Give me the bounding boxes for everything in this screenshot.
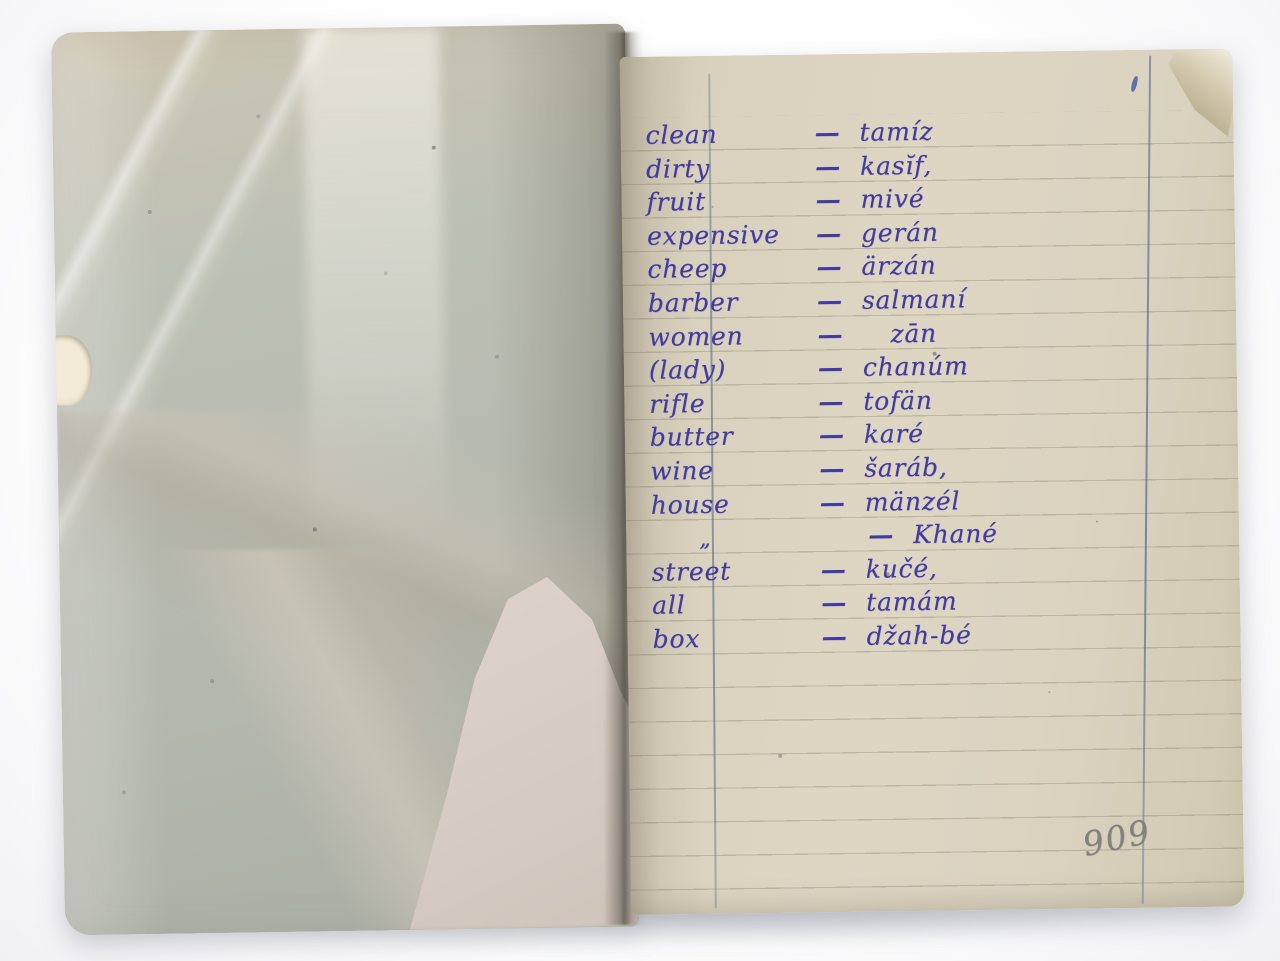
ditto-mark: „ [651, 521, 849, 557]
dash-separator: — [800, 418, 864, 452]
vocab-list: clean — tamíz dirty — kasĭf, fruit — miv… [645, 111, 1192, 656]
translation-word: ärzán [861, 246, 1187, 284]
english-word: all [652, 587, 802, 623]
dash-separator: — [799, 384, 863, 418]
english-word: clean [645, 117, 795, 153]
paper-specks [51, 33, 53, 35]
paper-specks [619, 57, 621, 59]
english-word: wine [650, 453, 800, 489]
dash-separator: — [801, 552, 865, 586]
dash-separator: — [797, 217, 861, 251]
translation-word: tamíz [859, 111, 1185, 149]
english-word: cheep [647, 251, 797, 287]
english-word: box [652, 621, 802, 657]
dash-separator: — [796, 149, 860, 183]
english-word: rifle [649, 385, 799, 421]
translation-word: tamám [866, 581, 1192, 619]
english-word: street [651, 553, 801, 589]
translation-word: kasĭf, [860, 145, 1186, 183]
translation-word: tofän [863, 380, 1189, 418]
dash-separator: — [802, 620, 866, 654]
left-page [51, 24, 639, 936]
notebook-photo: clean — tamíz dirty — kasĭf, fruit — miv… [0, 0, 1280, 961]
english-word: dirty [646, 150, 796, 186]
translation-word: kučé, [865, 548, 1191, 586]
translation-word: zān [862, 313, 1188, 351]
english-word: women [648, 318, 798, 354]
translation-word: gerán [861, 212, 1187, 250]
ink-blot [1130, 76, 1139, 93]
english-word: fruit [646, 184, 796, 220]
right-page: clean — tamíz dirty — kasĭf, fruit — miv… [619, 49, 1244, 915]
english-word: expensive [647, 217, 797, 253]
translation-word: karé [864, 414, 1190, 452]
dash-separator: — [798, 284, 862, 318]
dash-separator: — [849, 518, 913, 552]
dash-separator: — [799, 351, 863, 385]
english-word: (lady) [649, 352, 799, 388]
translation-word: salmaní [862, 279, 1188, 317]
dash-separator: — [798, 317, 862, 351]
translation-word: Khané [913, 514, 1191, 551]
translation-word: šaráb, [864, 447, 1190, 485]
dash-separator: — [800, 452, 864, 486]
translation-word: džah-bé [866, 615, 1192, 653]
translation-word: mivé [860, 178, 1186, 216]
dash-separator: — [802, 586, 866, 620]
english-word: house [650, 486, 800, 522]
english-word: barber [648, 285, 798, 321]
english-word: butter [650, 419, 800, 455]
dash-separator: — [796, 183, 860, 217]
dash-separator: — [800, 485, 864, 519]
dash-separator: — [797, 250, 861, 284]
translation-word: chanúm [863, 346, 1189, 384]
translation-word: mänzél [864, 481, 1190, 519]
dash-separator: — [795, 116, 859, 150]
